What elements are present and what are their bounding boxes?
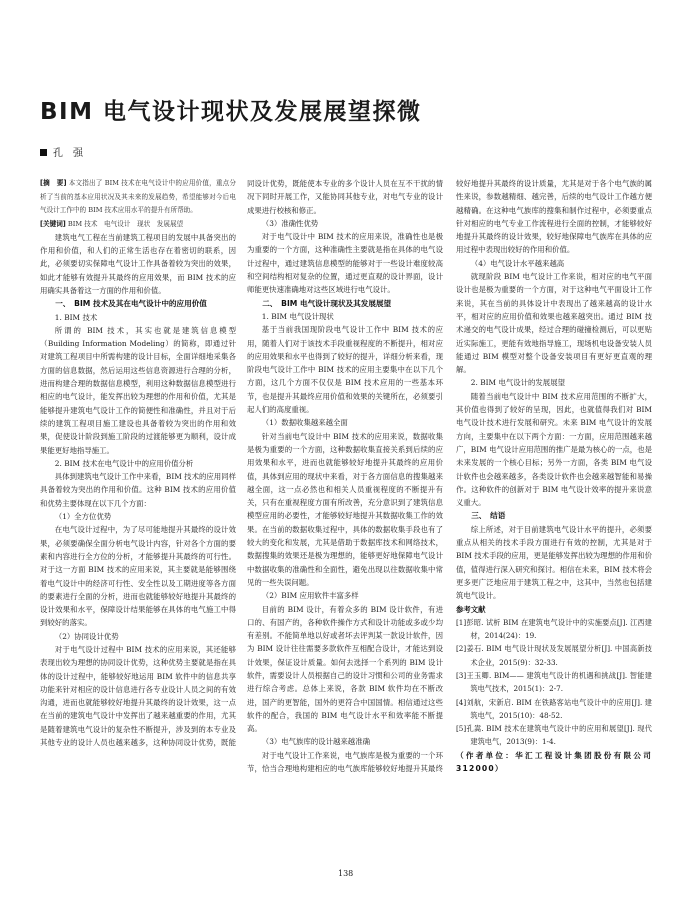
keywords-text: BIM 技术 电气设计 现状 发展展望 [68, 220, 183, 228]
section-2-1-1-text: 针对当前电气设计中 BIM 技术的应用来说，数据收集是极为重要的一个方面，这种数… [247, 430, 443, 590]
section-1-2-2-continued: 同设计优势，既能使本专业的多个设计人员在互不干扰的情况下同时开展工作，又能协同其… [247, 177, 443, 217]
keywords-label: [关键词] [40, 220, 66, 228]
section-1-2-3-text: 对于电气设计中 BIM 技术的应用来说，准确性也是极为重要的一个方面，这种准确性… [247, 230, 443, 296]
section-1-1-heading: 1. BIM 技术 [40, 311, 236, 324]
author-affiliation: （作者单位：华汇工程设计集团股份有限公司 312000） [456, 749, 652, 776]
section-1-2-1-text: 在电气设计过程中，为了尽可能地提升其最终的设计效果，必须要确保全面分析电气设计内… [40, 523, 236, 629]
section-2-1-heading: 1. BIM 电气设计现状 [247, 310, 443, 323]
column-3: 较好地提升其最终的设计质量，尤其是对于各个电气族的属性来说，参数越精细、越完善，… [456, 177, 652, 775]
section-1-2-heading: 2. BIM 技术在电气设计中的应用价值分析 [40, 457, 236, 470]
section-2-heading: 二、 BIM 电气设计现状及其发展展望 [247, 297, 443, 310]
abstract-text: 本文指出了 BIM 技术在电气设计中的应用价值，重点分析了当前的基本应用状况及其… [40, 179, 236, 214]
abstract: [摘 要] 本文指出了 BIM 技术在电气设计中的应用价值，重点分析了当前的基本… [40, 177, 236, 218]
author-line: 孔 强 [40, 144, 83, 159]
square-bullet-icon [40, 149, 47, 156]
section-1-2-2-heading: （2）协同设计优势 [40, 630, 236, 643]
section-2-1-2-text: 目前的 BIM 设计，有着众多的 BIM 设计软件，有进口的、有国产的，各种软件… [247, 603, 443, 736]
author-name: 孔 强 [53, 148, 83, 159]
column-1: [摘 要] 本文指出了 BIM 技术在电气设计中的应用价值，重点分析了当前的基本… [40, 177, 236, 749]
section-1-2-3-heading: （3）准确性优势 [247, 217, 443, 230]
abstract-label: [摘 要] [40, 179, 66, 187]
section-1-2-1-heading: （1）全方位优势 [40, 510, 236, 523]
reference-item: [1]彭昭. 试析 BIM 在建筑电气设计中的实施要点[J]. 江西建材，201… [456, 616, 652, 643]
section-2-1-4-text: 就现阶段 BIM 电气设计工作来说，相对应的电气平面设计也是极为重要的一个方面，… [456, 270, 652, 376]
article-title: BIM 电气设计现状及发展展望探微 [40, 93, 421, 126]
section-1-heading: 一、 BIM 技术及其在电气设计中的应用价值 [40, 297, 236, 310]
reference-item: [5]孔嵩. BIM 技术在建筑电气设计中的应用和展望[J]. 现代建筑电气，2… [456, 722, 652, 749]
section-2-1-1-heading: （1）数据收集越来越全面 [247, 416, 443, 429]
reference-item: [3]王玉卿. BIM—— 建筑电气设计的机遇和挑战[J]. 智能建筑电气技术，… [456, 669, 652, 696]
section-2-1-3-continued: 较好地提升其最终的设计质量，尤其是对于各个电气族的属性来说，参数越精细、越完善，… [456, 177, 652, 257]
section-2-1-2-heading: （2）BIM 应用软件丰富多样 [247, 589, 443, 602]
section-2-1-text: 基于当前我国现阶段电气设计工作中 BIM 技术的应用，随着人们对于该技术手段重视… [247, 323, 443, 416]
section-2-2-text: 随着当前电气设计中 BIM 技术应用范围的不断扩大，其价值也得到了较好的呈现，因… [456, 390, 652, 510]
section-2-2-heading: 2. BIM 电气设计的发展展望 [456, 376, 652, 389]
references-heading: 参考文献 [456, 603, 652, 616]
section-2-1-3-heading: （3）电气族库的设计越来越准确 [247, 735, 443, 748]
section-1-2-2-text: 对于电气设计过程中 BIM 技术的应用来说，其还能够表现出较为理想的协同设计优势… [40, 643, 236, 749]
reference-item: [2]姜石. BIM 电气设计现状及发展展望分析[J]. 中国高新技术企业，20… [456, 642, 652, 669]
column-2: 同设计优势，既能使本专业的多个设计人员在互不干扰的情况下同时开展工作，又能协同其… [247, 177, 443, 776]
section-3-heading: 三、 结语 [456, 509, 652, 522]
section-2-1-4-heading: （4）电气设计水平越来越高 [456, 257, 652, 270]
page-number: 138 [338, 869, 353, 878]
reference-item: [4]刘航，宋新启. BIM 在铁路客站电气设计中的应用[J]. 建筑电气，20… [456, 696, 652, 723]
keywords: [关键词] BIM 技术 电气设计 现状 发展展望 [40, 218, 236, 231]
section-3-text: 综上所述，对于目前建筑电气设计水平的提升，必须要重点从相关的技术手段方面进行有效… [456, 523, 652, 603]
section-2-1-3-text: 对于电气设计工作来说，电气族库是极为重要的一个环节，恰当合理地构建相应的电气族库… [247, 749, 443, 776]
section-1-2-text: 具体到建筑电气设计工作中来看，BIM 技术的应用同样具备着较为突出的作用和价值。… [40, 470, 236, 510]
section-1-1-text: 所谓的 BIM 技术，其实也就是建筑信息模型（Building Informat… [40, 324, 236, 457]
intro-paragraph: 建筑电气工程在当前建筑工程项目的发展中具备突出的作用和价值，和人们的正常生活也存… [40, 231, 236, 297]
